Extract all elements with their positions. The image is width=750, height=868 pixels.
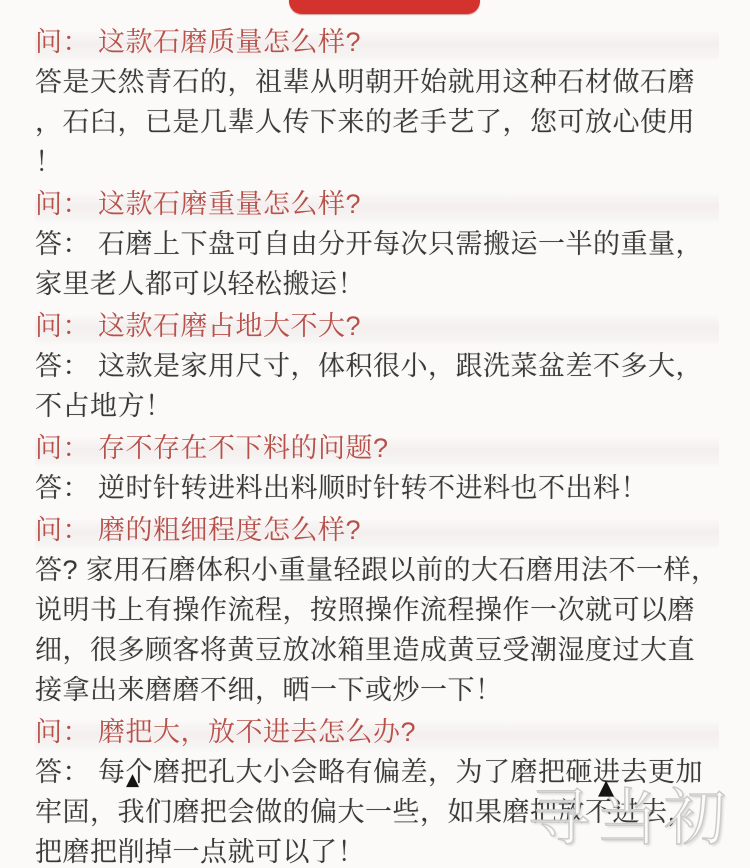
question-text: 问： 这款石磨占地大不大? xyxy=(35,306,719,346)
answer-text: 答是天然青石的，祖辈从明朝开始就用这种石材做石磨，石臼，已是几辈人传下来的老手艺… xyxy=(35,62,719,182)
answer-text: 答： 这款是家用尺寸，体积很小，跟洗菜盆差不多大，不占地方！ xyxy=(35,346,719,426)
question-text: 问： 磨的粗细程度怎么样? xyxy=(35,510,719,550)
faq-content: 问： 这款石磨质量怎么样? 答是天然青石的，祖辈从明朝开始就用这种石材做石磨，石… xyxy=(35,20,719,868)
answer-text: 答? 家用石磨体积小重量轻跟以前的大石磨用法不一样，说明书上有操作流程，按照操作… xyxy=(35,550,719,710)
watermark: ▲ 寻当初 xyxy=(528,786,732,852)
question-text: 问： 这款石磨重量怎么样? xyxy=(35,184,719,224)
faq-section: 问： 这款石磨占地大不大? 答： 这款是家用尺寸，体积很小，跟洗菜盆差不多大，不… xyxy=(35,306,719,426)
faq-page: 问： 这款石磨质量怎么样? 答是天然青石的，祖辈从明朝开始就用这种石材做石磨，石… xyxy=(0,0,750,868)
triangle-marker-icon: ▲ xyxy=(126,772,139,789)
question-text: 问： 这款石磨质量怎么样? xyxy=(35,22,719,62)
watermark-text: 寻当初 xyxy=(528,785,732,853)
faq-section: 问： 磨的粗细程度怎么样? 答? 家用石磨体积小重量轻跟以前的大石磨用法不一样，… xyxy=(35,510,719,710)
question-text: 问： 存不存在不下料的问题? xyxy=(35,428,719,468)
faq-section: 问： 这款石磨重量怎么样? 答： 石磨上下盘可自由分开每次只需搬运一半的重量，家… xyxy=(35,184,719,304)
faq-section: 问： 这款石磨质量怎么样? 答是天然青石的，祖辈从明朝开始就用这种石材做石磨，石… xyxy=(35,22,719,182)
answer-text: 答： 逆时针转进料出料顺时针转不进料也不出料！ xyxy=(35,468,719,508)
question-text: 问： 磨把大，放不进去怎么办? xyxy=(35,712,719,752)
answer-text: 答： 石磨上下盘可自由分开每次只需搬运一半的重量，家里老人都可以轻松搬运！ xyxy=(35,224,719,304)
faq-section: 问： 存不存在不下料的问题? 答： 逆时针转进料出料顺时针转不进料也不出料！ xyxy=(35,428,719,508)
triangle-marker-icon: ▲ xyxy=(598,777,620,798)
top-red-tab xyxy=(289,0,480,14)
